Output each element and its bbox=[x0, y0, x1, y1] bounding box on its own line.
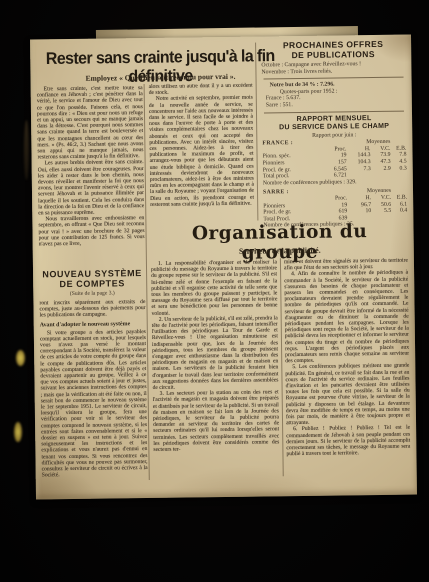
scanner-debris-speck bbox=[14, 422, 22, 442]
scan-background: { "top_article": { "headline": "Rester s… bbox=[0, 0, 429, 582]
top-article-column-1: Être sans crainte, c'est mettre toute sa… bbox=[37, 85, 145, 266]
paragraph: Être sans crainte, c'est mettre toute sa… bbox=[37, 85, 144, 161]
conferences-count: Nombre de conférences publiques : 329. bbox=[263, 178, 407, 186]
paragraph: 2. Un serviteur de la publicité, s'il es… bbox=[152, 315, 279, 391]
paragraph: 5. Les conférences publiques méritent un… bbox=[285, 363, 410, 427]
quota-sarre: Sarre : 551. bbox=[262, 101, 406, 109]
offers-box: PROCHAINES OFFRES DE PUBLICATIONS Octobr… bbox=[261, 40, 405, 76]
goal-box: Notre but de 34 % : 7.296. Quotes-parts … bbox=[262, 81, 406, 109]
paragraph: Les autres brebis doivent être sans crai… bbox=[38, 159, 145, 216]
offers-title: DE PUBLICATIONS bbox=[261, 49, 405, 60]
section-rule bbox=[264, 110, 404, 113]
continuation-note: (Suite de la page 3.) bbox=[39, 290, 145, 297]
section-rule bbox=[264, 77, 404, 80]
paragraph: 4. Afin de connaître le nombre de périod… bbox=[284, 270, 409, 365]
scanner-debris-speck bbox=[24, 120, 29, 180]
right-column: PROCHAINES OFFRES DE PUBLICATIONS Octobr… bbox=[261, 40, 408, 248]
organisation-column-1: 1. La responsabilité d'organiser et de r… bbox=[151, 259, 280, 479]
paragraph: 1. La responsabilité d'organiser et de r… bbox=[151, 259, 278, 316]
accounts-title: NOUVEAU SYSTÈME bbox=[39, 268, 145, 279]
offer-november: Novembre : Trois livres reliés. bbox=[261, 67, 405, 75]
organisation-column-2: minés et doivent être signalés au servit… bbox=[284, 258, 411, 474]
newspaper-page: Rester sans crainte jusqu'à la fin défin… bbox=[30, 35, 417, 500]
paragraph: ront inscrits séparément aux extraits de… bbox=[39, 299, 145, 319]
paragraph: 3. Les secteurs pour la station au coin … bbox=[153, 390, 280, 454]
accounts-title: DE COMPTES bbox=[39, 278, 145, 289]
paragraph: Nous travaillerons avec enthousiasme en … bbox=[38, 215, 144, 247]
paragraph: 6. Publiez ! Publiez ! Publiez ! Tel est… bbox=[286, 425, 410, 458]
monthly-report: RAPPORT MENSUEL DU SERVICE DANS LE CHAMP… bbox=[262, 114, 407, 229]
scanner-debris-speck bbox=[16, 350, 25, 366]
top-article-column-2: alors utilisez un autre dont il y a un e… bbox=[149, 83, 255, 223]
paragraph: Notre activité en septembre, premier moi… bbox=[149, 95, 254, 208]
accounts-subhead: Avant d'adopter le nouveau système bbox=[40, 321, 146, 329]
paragraph: Si votre groupe a des articles payables … bbox=[40, 329, 148, 479]
accounts-article: NOUVEAU SYSTÈME DE COMPTES (Suite de la … bbox=[39, 268, 148, 483]
column-divider bbox=[280, 258, 284, 476]
france-table: FRANCE : Moyennes Proc. H. V.C. E.B. Pio… bbox=[262, 139, 407, 187]
